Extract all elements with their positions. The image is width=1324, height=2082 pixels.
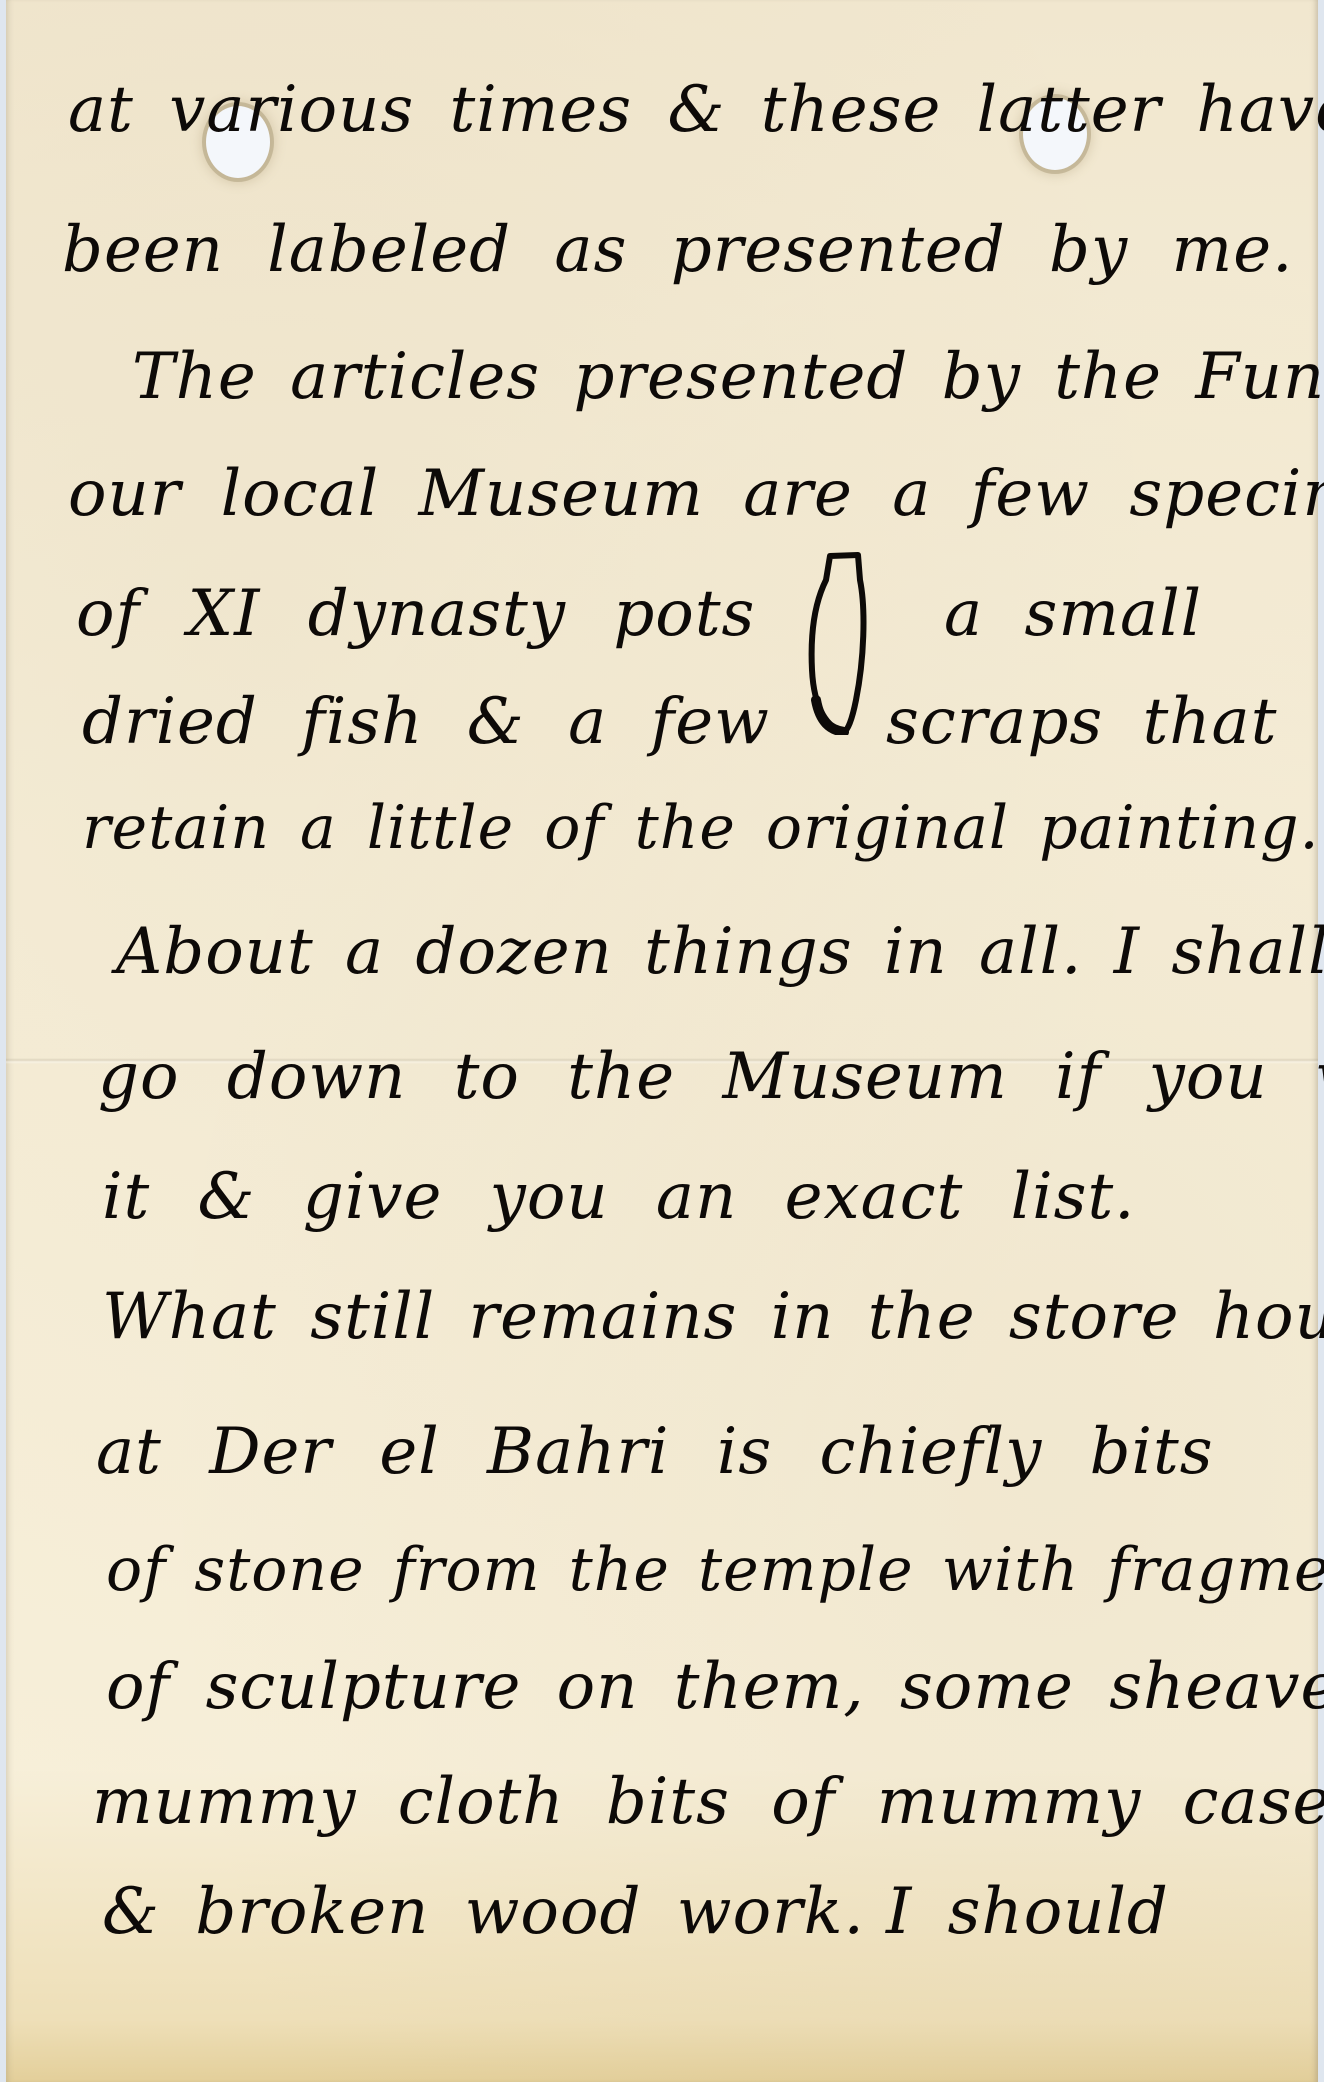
handwritten-line: I should <box>886 1880 1169 1944</box>
handwritten-line: go down to the Museum if you will <box>98 1045 1324 1109</box>
handwritten-line: About a dozen things in all. I shall <box>116 920 1324 984</box>
handwritten-line: What still remains in the store house <box>102 1285 1324 1349</box>
handwritten-line: & broken wood work. <box>102 1880 865 1944</box>
letter-page: at various times & these latter have bee… <box>6 0 1318 2082</box>
handwritten-line: retain a little of the original painting… <box>82 798 1320 858</box>
handwritten-line: been labeled as presented by me. <box>62 218 1293 282</box>
handwritten-line: a small <box>944 582 1202 646</box>
handwritten-line: scraps that <box>886 690 1277 754</box>
handwritten-line: of XI dynasty pots <box>76 582 755 646</box>
pot-sketch-icon <box>806 550 881 735</box>
handwritten-line: it & give you an exact list. <box>102 1165 1136 1229</box>
handwritten-line: at Der el Bahri is chiefly bits <box>96 1420 1214 1484</box>
handwritten-line: our local Museum are a few specimens <box>68 462 1324 526</box>
handwritten-line: of sculpture on them, some sheaves of <box>106 1655 1324 1719</box>
handwritten-line: mummy cloth bits of mummy cases <box>92 1770 1324 1834</box>
handwritten-line: dried fish & a few <box>82 690 770 754</box>
handwritten-line: at various times & these latter have <box>68 78 1324 142</box>
handwritten-line: The articles presented by the Fund in <box>132 345 1324 409</box>
handwritten-line: of stone from the temple with fragments <box>106 1540 1324 1600</box>
